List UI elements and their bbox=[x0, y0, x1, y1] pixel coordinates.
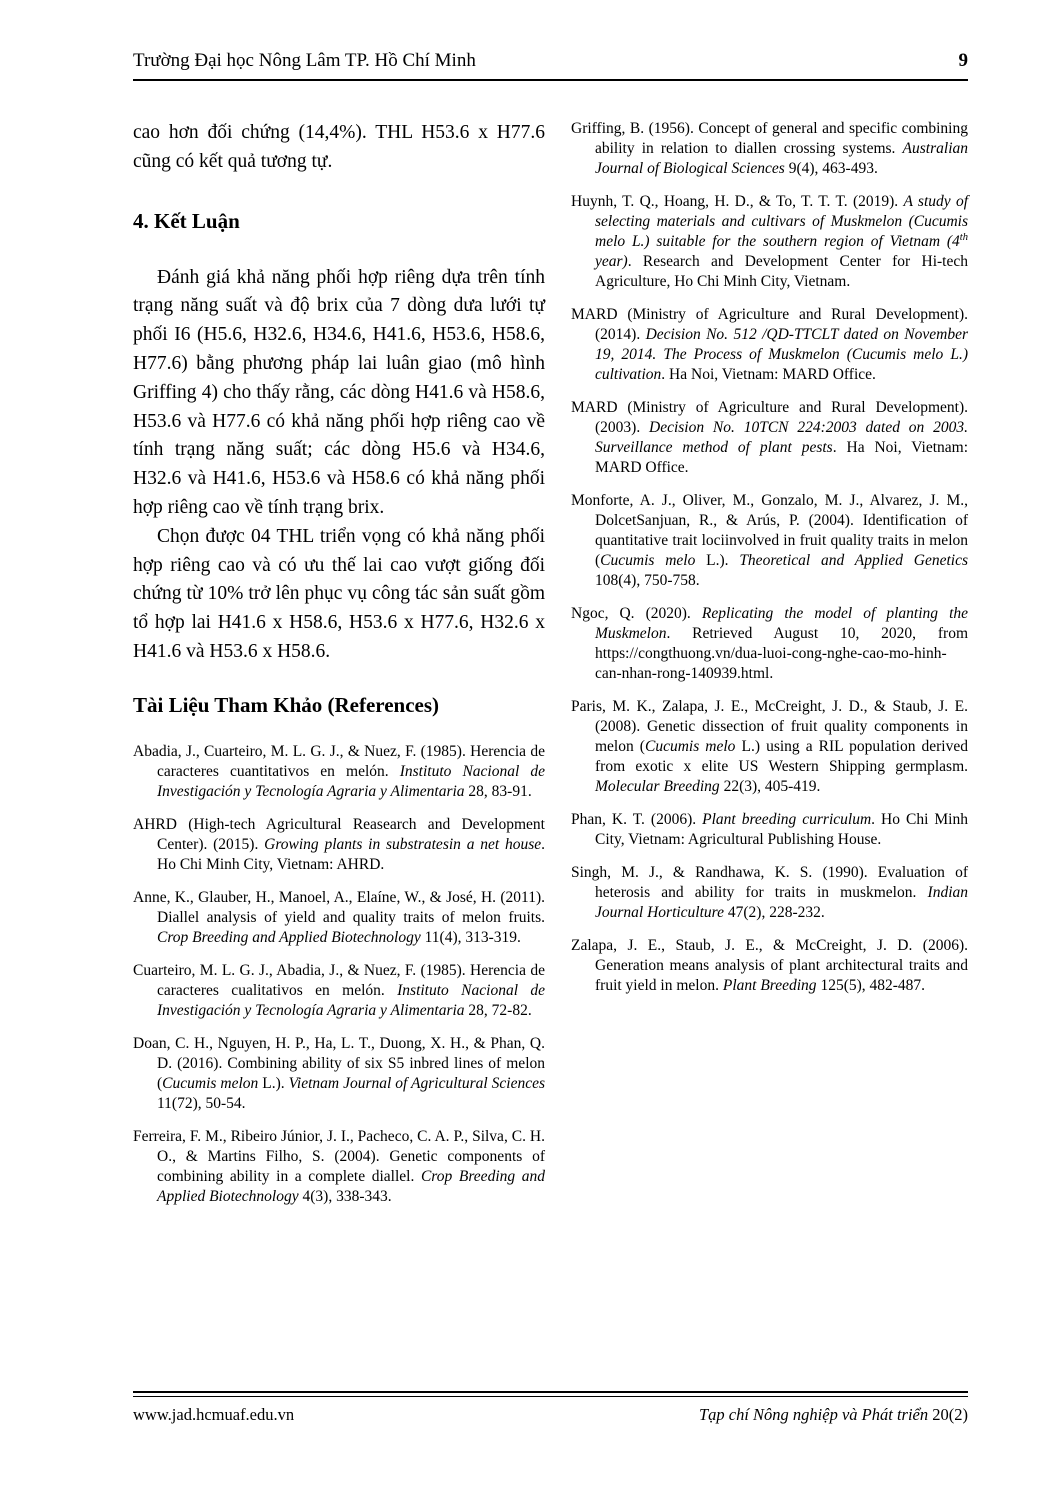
reference-entry: Monforte, A. J., Oliver, M., Gonzalo, M.… bbox=[571, 491, 968, 591]
footer-journal: Tạp chí Nông nghiệp và Phát triển 20(2) bbox=[699, 1404, 968, 1426]
conclusion-paragraph-1: Đánh giá khả năng phối hợp riêng dựa trê… bbox=[133, 264, 545, 523]
reference-entry: MARD (Ministry of Agriculture and Rural … bbox=[571, 305, 968, 385]
reference-text-run: 108(4), 750-758. bbox=[595, 572, 700, 589]
reference-entry: Zalapa, J. E., Staub, J. E., & McCreight… bbox=[571, 936, 968, 996]
right-column: Griffing, B. (1956). Concept of general … bbox=[571, 119, 968, 1207]
reference-text-run: Cucumis melo bbox=[600, 552, 695, 569]
two-column-body: cao hơn đối chứng (14,4%). THL H53.6 x H… bbox=[133, 119, 968, 1207]
page-footer: www.jad.hcmuaf.edu.vn Tạp chí Nông nghiệ… bbox=[133, 1404, 968, 1426]
reference-text-run: 28, 72-82. bbox=[465, 1002, 532, 1019]
reference-entry: Anne, K., Glauber, H., Manoel, A., Elaín… bbox=[133, 888, 545, 948]
reference-entry: Huynh, T. Q., Hoang, H. D., & To, T. T. … bbox=[571, 192, 968, 292]
reference-text-run: Cucumis melo bbox=[645, 738, 735, 755]
references-list-left: Abadia, J., Cuarteiro, M. L. G. J., & Nu… bbox=[133, 742, 545, 1207]
reference-text-run: Growing plants in substratesin a net hou… bbox=[264, 836, 541, 853]
reference-entry: Abadia, J., Cuarteiro, M. L. G. J., & Nu… bbox=[133, 742, 545, 802]
reference-text-run: Plant Breeding bbox=[723, 977, 817, 994]
reference-text-run: Plant breeding curriculum bbox=[702, 811, 871, 828]
footer-journal-name: Tạp chí Nông nghiệp và Phát triển bbox=[699, 1405, 928, 1424]
reference-entry: MARD (Ministry of Agriculture and Rural … bbox=[571, 398, 968, 478]
footer-website: www.jad.hcmuaf.edu.vn bbox=[133, 1404, 294, 1426]
page-number: 9 bbox=[959, 49, 969, 73]
reference-entry: Phan, K. T. (2006). Plant breeding curri… bbox=[571, 810, 968, 850]
reference-text-run: 11(72), 50-54. bbox=[157, 1095, 246, 1112]
reference-entry: Griffing, B. (1956). Concept of general … bbox=[571, 119, 968, 179]
reference-entry: Paris, M. K., Zalapa, J. E., McCreight, … bbox=[571, 697, 968, 797]
reference-text-run: . Ha Noi, Vietnam: MARD Office. bbox=[661, 366, 876, 383]
reference-text-run: Theoretical and Applied Genetics bbox=[739, 552, 968, 569]
reference-text-run: 47(2), 228-232. bbox=[724, 904, 825, 921]
reference-text-run: 22(3), 405-419. bbox=[720, 778, 821, 795]
conclusion-paragraph-2: Chọn được 04 THL triển vọng có khả năng … bbox=[133, 523, 545, 667]
reference-entry: Singh, M. J., & Randhawa, K. S. (1990). … bbox=[571, 863, 968, 923]
document-page: Trường Đại học Nông Lâm TP. Hồ Chí Minh … bbox=[0, 0, 1047, 1488]
reference-entry: Ferreira, F. M., Ribeiro Júnior, J. I., … bbox=[133, 1127, 545, 1207]
reference-text-run: Anne, K., Glauber, H., Manoel, A., Elaín… bbox=[133, 889, 545, 926]
reference-entry: Ngoc, Q. (2020). Replicating the model o… bbox=[571, 604, 968, 684]
footer-rule bbox=[133, 1391, 968, 1397]
reference-text-run: th bbox=[960, 232, 968, 243]
reference-text-run: . Research and Development Center for Hi… bbox=[595, 253, 968, 290]
reference-entry: Doan, C. H., Nguyen, H. P., Ha, L. T., D… bbox=[133, 1034, 545, 1114]
left-column: cao hơn đối chứng (14,4%). THL H53.6 x H… bbox=[133, 119, 545, 1207]
references-heading: Tài Liệu Tham Khảo (References) bbox=[133, 693, 545, 718]
reference-text-run: Ngoc, Q. (2020). bbox=[571, 605, 702, 622]
reference-text-run: Singh, M. J., & Randhawa, K. S. (1990). … bbox=[571, 864, 968, 901]
header-rule bbox=[133, 79, 968, 81]
reference-text-run: L.). bbox=[258, 1075, 288, 1092]
references-list-right: Griffing, B. (1956). Concept of general … bbox=[571, 119, 968, 996]
reference-text-run: Molecular Breeding bbox=[595, 778, 720, 795]
reference-text-run: Vietnam Journal of Agricultural Sciences bbox=[289, 1075, 545, 1092]
reference-text-run: 4(3), 338-343. bbox=[299, 1188, 392, 1205]
reference-text-run: Huynh, T. Q., Hoang, H. D., & To, T. T. … bbox=[571, 193, 903, 210]
footer-journal-issue: 20(2) bbox=[932, 1405, 968, 1424]
reference-text-run: year) bbox=[595, 253, 628, 270]
reference-text-run: 9(4), 463-493. bbox=[785, 160, 878, 177]
reference-entry: AHRD (High-tech Agricultural Reasearch a… bbox=[133, 815, 545, 875]
reference-text-run: 125(5), 482-487. bbox=[817, 977, 926, 994]
reference-text-run: L.). bbox=[695, 552, 739, 569]
reference-text-run: 28, 83-91. bbox=[465, 783, 532, 800]
section-heading-conclusion: 4. Kết Luận bbox=[133, 209, 545, 234]
reference-text-run: Cucumis melon bbox=[162, 1075, 258, 1092]
continued-paragraph: cao hơn đối chứng (14,4%). THL H53.6 x H… bbox=[133, 119, 545, 177]
running-title: Trường Đại học Nông Lâm TP. Hồ Chí Minh bbox=[133, 49, 476, 73]
page-header: Trường Đại học Nông Lâm TP. Hồ Chí Minh … bbox=[133, 49, 968, 73]
reference-text-run: 11(4), 313-319. bbox=[421, 929, 521, 946]
reference-entry: Cuarteiro, M. L. G. J., Abadia, J., & Nu… bbox=[133, 961, 545, 1021]
reference-text-run: Crop Breeding and Applied Biotechnology bbox=[157, 929, 421, 946]
reference-text-run: Phan, K. T. (2006). bbox=[571, 811, 702, 828]
